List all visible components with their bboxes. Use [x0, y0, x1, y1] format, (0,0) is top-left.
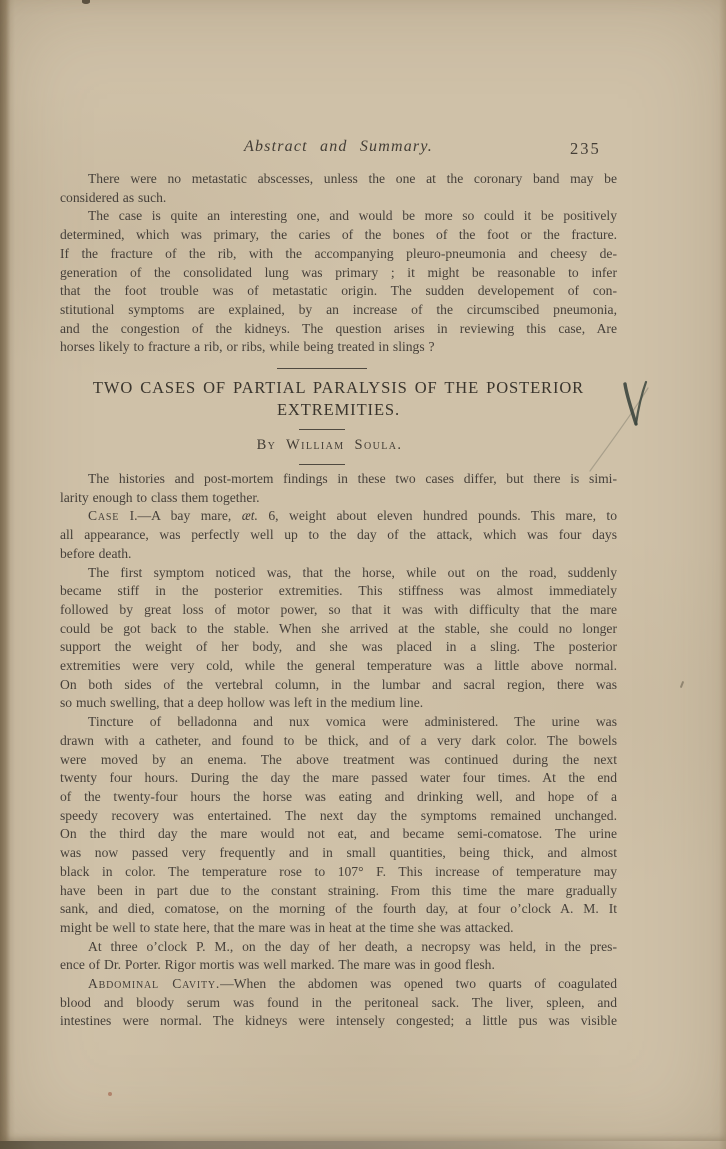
- page-number: 235: [570, 139, 601, 159]
- text-line: became stiff in the posterior extremitie…: [60, 582, 617, 601]
- paper-speck: [82, 0, 90, 4]
- separator-rule: [299, 429, 345, 430]
- article-title-line: TWO CASES OF PARTIAL PARALYSIS OF THE PO…: [60, 377, 617, 399]
- text-line: was now passed very frequently and in sm…: [60, 844, 617, 863]
- text-line: The first symptom noticed was, that the …: [60, 564, 617, 583]
- text-line: At three o’clock P. M., on the day of he…: [60, 938, 617, 957]
- text-line: of the twenty-four hours the horse was e…: [60, 788, 617, 807]
- text-line: The histories and post-mortem findings i…: [60, 470, 617, 489]
- page-bottom-edge-shadow: [0, 1141, 726, 1149]
- paragraph: Case I.—A bay mare, æt. 6, weight about …: [60, 507, 617, 563]
- text-line: could be got back to the stable. When sh…: [60, 620, 617, 639]
- paper-speck: [108, 1092, 112, 1096]
- text-line: considered as such.: [60, 189, 617, 208]
- page-left-edge-shadow: [0, 0, 15, 1149]
- paragraph: Abdominal Cavity.—When the abdomen was o…: [60, 975, 617, 1031]
- text-line: larity enough to class them together.: [60, 489, 617, 508]
- scanned-book-page: Abstract and Summary. 235 There were no …: [0, 0, 726, 1149]
- text-line: On both sides of the vertebral column, i…: [60, 676, 617, 695]
- text-line: followed by great loss of motor power, s…: [60, 601, 617, 620]
- text-line: ence of Dr. Porter. Rigor mortis was wel…: [60, 956, 617, 975]
- paragraph: There were no metastatic abscesses, unle…: [60, 170, 617, 207]
- text-line: There were no metastatic abscesses, unle…: [60, 170, 617, 189]
- paragraph-group-main: The histories and post-mortem findings i…: [60, 470, 617, 1031]
- separator-rule: [277, 368, 367, 369]
- separator-rule: [299, 464, 345, 465]
- text-line: extremities were very cold, while the ge…: [60, 657, 617, 676]
- byline: By William Soula.: [51, 437, 608, 454]
- text-line: On the third day the mare would not eat,…: [60, 825, 617, 844]
- page-right-edge-shadow: [719, 0, 726, 1149]
- text-line: horses likely to fracture a rib, or ribs…: [60, 338, 617, 357]
- paragraph-group-top: There were no metastatic abscesses, unle…: [60, 170, 617, 357]
- text-line: might be well to state here, that the ma…: [60, 919, 617, 938]
- text-line: speedy recovery was entertained. The nex…: [60, 807, 617, 826]
- text-line: twenty four hours. During the day the ma…: [60, 769, 617, 788]
- paragraph: The case is quite an interesting one, an…: [60, 207, 617, 357]
- text-line: determined, which was primary, the carie…: [60, 226, 617, 245]
- text-line: Abdominal Cavity.—When the abdomen was o…: [60, 975, 617, 994]
- text-line: drawn with a catheter, and found to be t…: [60, 732, 617, 751]
- text-column: There were no metastatic abscesses, unle…: [60, 170, 617, 1031]
- text-line: Case I.—A bay mare, æt. 6, weight about …: [60, 507, 617, 526]
- text-line: support the weight of her body, and she …: [60, 638, 617, 657]
- paper-speck: [680, 681, 684, 688]
- text-line: generation of the consolidated lung was …: [60, 264, 617, 283]
- paragraph: The first symptom noticed was, that the …: [60, 564, 617, 714]
- paragraph: The histories and post-mortem findings i…: [60, 470, 617, 507]
- text-line: black in color. The temperature rose to …: [60, 863, 617, 882]
- text-line: sank, and died, comatose, on the morning…: [60, 900, 617, 919]
- paragraph: Tincture of belladonna and nux vomica we…: [60, 713, 617, 937]
- text-line: so much swelling, that a deep hollow was…: [60, 694, 617, 713]
- text-line: have been in part due to the constant st…: [60, 882, 617, 901]
- text-line: that the foot trouble was of metastatic …: [60, 282, 617, 301]
- paragraph: At three o’clock P. M., on the day of he…: [60, 938, 617, 975]
- running-header-title: Abstract and Summary.: [60, 138, 617, 156]
- text-line: blood and bloody serum was found in the …: [60, 994, 617, 1013]
- text-line: all appearance, was perfectly well up to…: [60, 526, 617, 545]
- text-line: were moved by an enema. The above treatm…: [60, 751, 617, 770]
- article-title-line: EXTREMITIES.: [60, 399, 617, 421]
- text-line: stitutional symptoms are explained, by a…: [60, 301, 617, 320]
- text-line: The case is quite an interesting one, an…: [60, 207, 617, 226]
- text-line: If the fracture of the rib, with the acc…: [60, 245, 617, 264]
- text-line: before death.: [60, 545, 617, 564]
- text-line: and the congestion of the kidneys. The q…: [60, 320, 617, 339]
- text-line: intestines were normal. The kidneys were…: [60, 1012, 617, 1031]
- text-line: Tincture of belladonna and nux vomica we…: [60, 713, 617, 732]
- article-title: TWO CASES OF PARTIAL PARALYSIS OF THE PO…: [60, 377, 617, 421]
